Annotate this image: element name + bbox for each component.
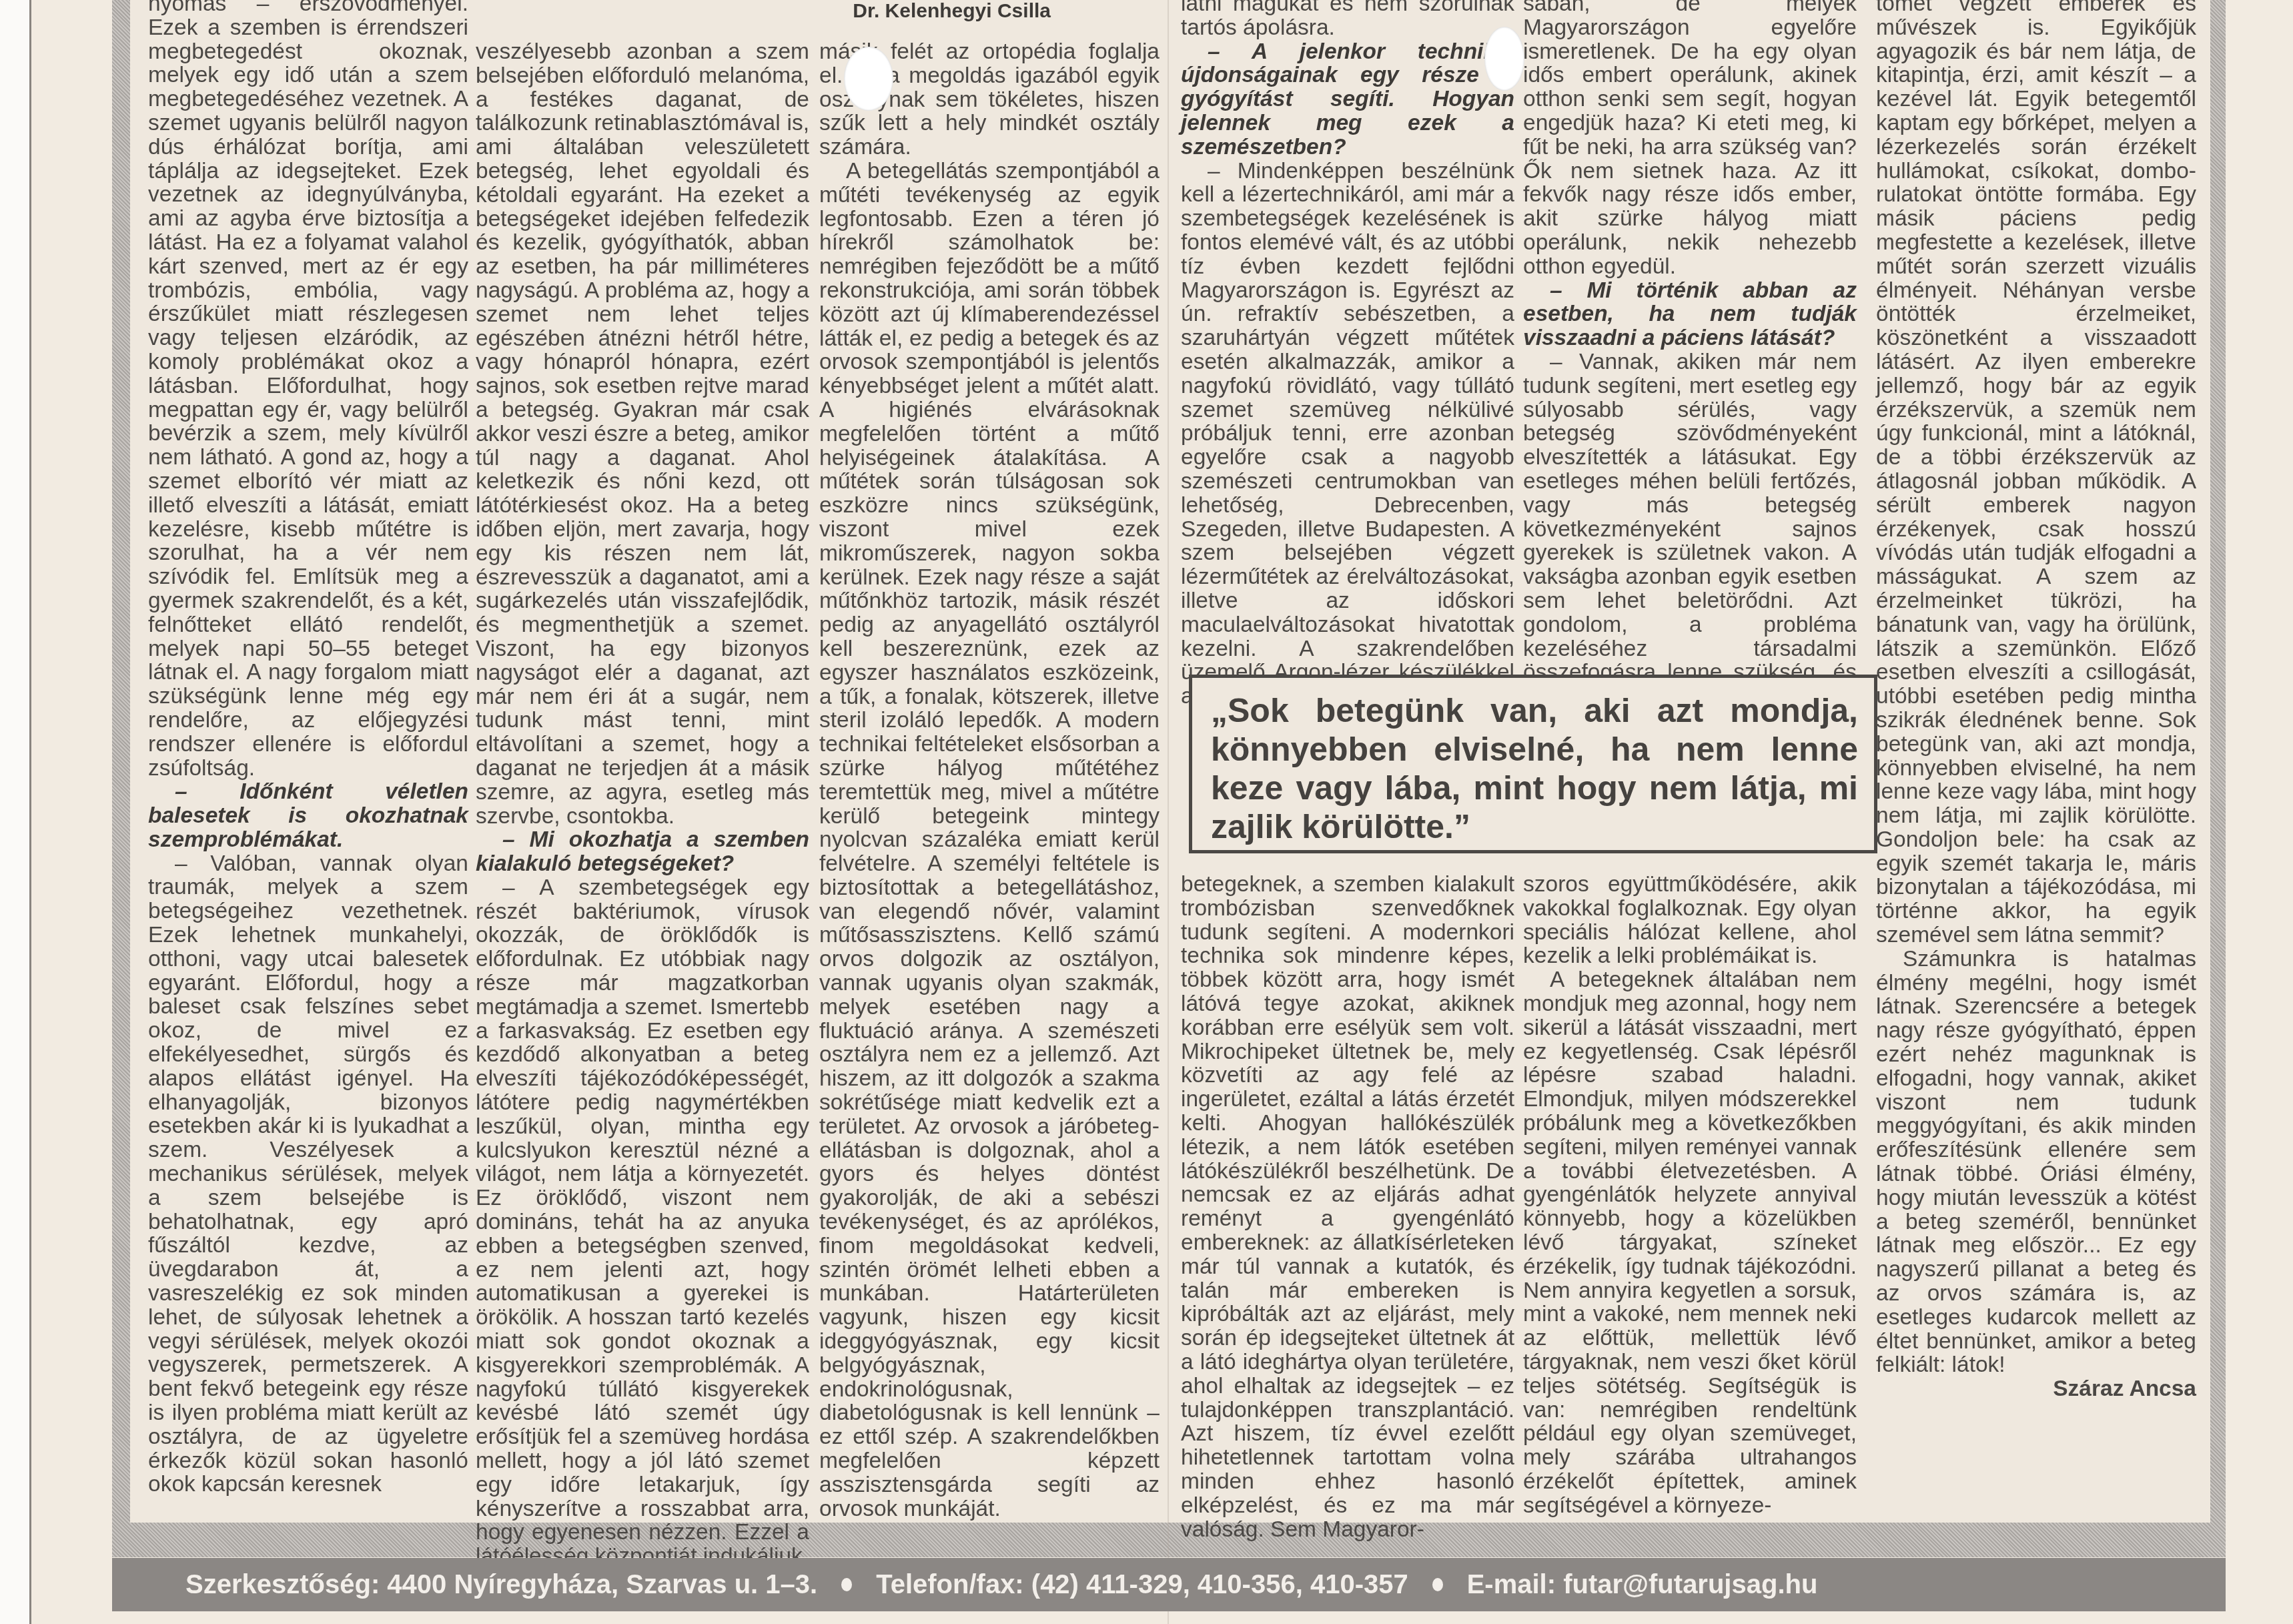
paragraph: Számunkra is hatalmas élmény megélni, ho… (1876, 947, 2196, 1377)
paragraph: látni magukat és nem szorulnak tartós áp… (1181, 0, 1514, 40)
column-4: látni magukat és nem szorulnak tartós áp… (1181, 0, 1514, 709)
column-6: tomet végzett emberek és művészek is. Eg… (1876, 0, 2196, 1401)
email-address: E-mail: futar@futarujsag.hu (1467, 1558, 1818, 1611)
paragraph: sában, de melyek Magyarországon egyelőre… (1523, 0, 1857, 279)
interview-question: – Mi okozhatja a szemben kialakuló beteg… (476, 828, 809, 876)
footer-contact-bar: Szerkesztőség: 4400 Nyíregyháza, Szarvas… (112, 1558, 2226, 1611)
interview-question: – Mi történik abban az esetben, ha nem t… (1523, 279, 1857, 350)
paragraph: A betegellátás szempontjából a műtéti te… (819, 159, 1160, 1521)
author-signature: Száraz Ancsa (1876, 1377, 2196, 1401)
punch-hole (1484, 27, 1524, 91)
column-5-continuation: szoros együttműködésére, akik vakokkal f… (1523, 873, 1857, 1518)
paragraph: – Mindenképpen beszélnünk kell a lézerte… (1181, 159, 1514, 709)
column-5: sában, de melyek Magyarországon egyelőre… (1523, 0, 1857, 709)
paragraph: szoros együttműködésére, akik vakokkal f… (1523, 873, 1857, 968)
author-byline: Dr. Kelenhegyi Csilla (691, 0, 1051, 23)
phone-fax: Telefon/fax: (42) 411-329, 410-356, 410-… (876, 1558, 1408, 1611)
column-1: nyomás – érszövődményei. Ezek a szemben … (148, 0, 468, 1497)
page-edge (0, 0, 31, 1624)
paragraph: – Vannak, akiken már nem tudunk segíteni… (1523, 350, 1857, 709)
paragraph: veszélyesebb azonban a szem belsejében e… (476, 40, 809, 828)
paper-fold (1168, 0, 1169, 1624)
paragraph: betegeknek, a szemben kialakult trombózi… (1181, 873, 1514, 1541)
punch-hole (844, 47, 893, 111)
column-3: másik felét az ortopédia foglalja el. Ez… (819, 40, 1160, 1521)
paragraph: A betegeknek általában nem mondjuk meg a… (1523, 968, 1857, 1517)
paragraph: – A szembetegségek egy részét baktériumo… (476, 876, 809, 1569)
paragraph: tomet végzett emberek és művészek is. Eg… (1876, 0, 2196, 947)
bullet-icon (841, 1578, 852, 1591)
pull-quote: „Sok betegünk van, aki azt mondja, könny… (1189, 675, 1877, 853)
column-4-continuation: betegeknek, a szemben kialakult trombózi… (1181, 873, 1514, 1541)
column-2: veszélyesebb azonban a szem belsejében e… (476, 40, 809, 1569)
paragraph: nyomás – érszövődményei. Ezek a szemben … (148, 0, 468, 780)
paragraph: – Valóban, vannak olyan traumák, melyek … (148, 852, 468, 1497)
editorial-address: Szerkesztőség: 4400 Nyíregyháza, Szarvas… (185, 1558, 817, 1611)
interview-question: – A jelenkor technikai újdonságainak egy… (1181, 40, 1514, 159)
bullet-icon (1432, 1578, 1443, 1591)
interview-question: – Időnként véletlen balesetek is okozhat… (148, 780, 468, 851)
